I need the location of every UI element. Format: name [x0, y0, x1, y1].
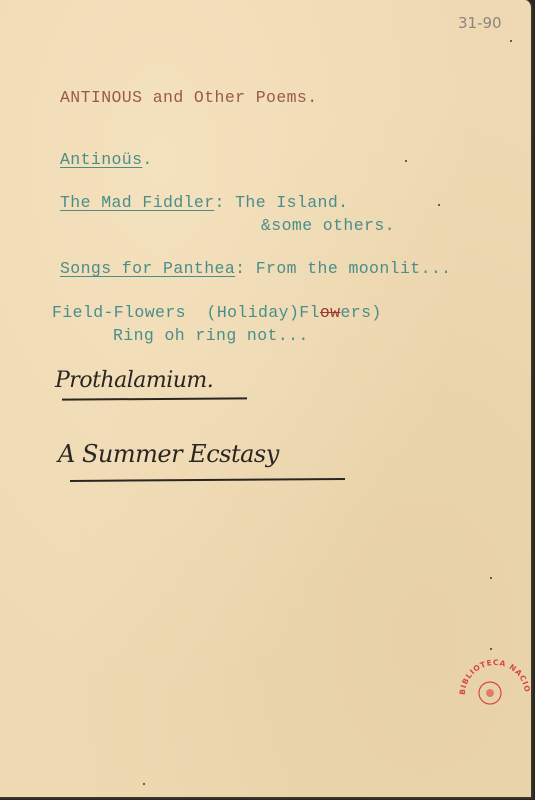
svg-text:BIBLIOTECA NACIONAL: BIBLIOTECA NACIONAL: [455, 645, 532, 695]
entry-field-flowers: Field-Flowers (Holiday)Flowers): [52, 303, 382, 322]
library-stamp: BIBLIOTECA NACIONAL: [455, 645, 535, 725]
entry-struck-suffix: ers): [340, 303, 381, 322]
document-title: ANTINOUS and Other Poems.: [60, 88, 318, 107]
handwritten-prothalamium: Prothalamium.: [55, 368, 213, 393]
entry-mad-fiddler-continuation: &some others.: [261, 216, 395, 235]
entry-struck-text: ow: [320, 303, 341, 322]
catalog-number: 31-90: [458, 14, 502, 32]
entry-middle: (Holiday): [186, 303, 299, 322]
paper-speck: [490, 648, 492, 650]
handwritten-underline: [62, 397, 247, 400]
paper-speck: [510, 40, 512, 42]
stamp-icon: BIBLIOTECA NACIONAL: [455, 645, 535, 725]
paper-speck: [143, 783, 145, 785]
entry-suffix: .: [142, 150, 152, 169]
entry-field-flowers-continuation: Ring oh ring not...: [113, 326, 309, 345]
paper-speck: [490, 577, 492, 579]
entry-songs-for-panthea: Songs for Panthea: From the moonlit...: [60, 259, 451, 278]
entry-title: Field-Flowers: [52, 303, 186, 322]
paper-speck: [405, 160, 407, 162]
entry-title: The Mad Fiddler: [60, 193, 215, 212]
manuscript-page: 31-90 ANTINOUS and Other Poems. Antinoüs…: [0, 0, 533, 799]
handwritten-underline: [70, 478, 345, 481]
entry-struck-prefix: Fl: [299, 303, 320, 322]
entry-suffix: : The Island.: [215, 193, 349, 212]
paper-speck: [438, 204, 440, 206]
entry-mad-fiddler: The Mad Fiddler: The Island.: [60, 193, 348, 212]
entry-title: Songs for Panthea: [60, 259, 235, 278]
entry-title: Antinoüs: [60, 150, 142, 169]
entry-antinous: Antinoüs.: [60, 150, 153, 169]
entry-suffix: : From the moonlit...: [235, 259, 451, 278]
stamp-text: BIBLIOTECA NACIONAL: [455, 645, 532, 695]
handwritten-summer-ecstasy: A Summer Ecstasy: [58, 440, 279, 468]
